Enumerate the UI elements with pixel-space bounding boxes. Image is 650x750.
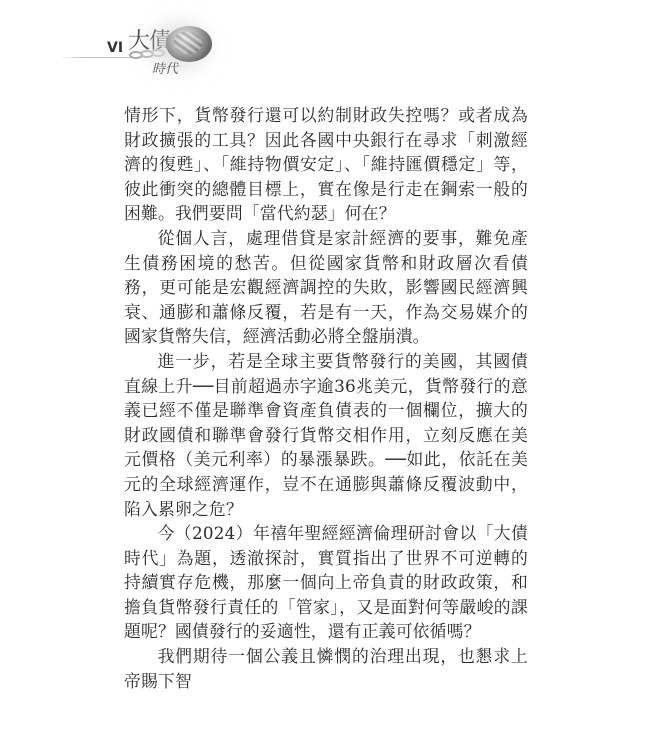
paragraph: 情形下，貨幣發行還可以約制財政失控嗎？或者成為財政擴張的工具？因此各國中央銀行在…: [124, 103, 528, 226]
paragraph: 從個人言，處理借貸是家計經濟的要事，難免產生債務困境的愁苦。但從國家貨幣和財政層…: [124, 226, 528, 349]
book-title-bottom: 時代: [152, 58, 178, 77]
page-header: VI 大債 時代: [0, 0, 650, 90]
paragraph: 進一步，若是全球主要貨幣發行的美國，其國債直線上升──目前超過赤字逾36兆美元，…: [124, 349, 528, 521]
globe-icon: [166, 26, 212, 62]
header-rule: [58, 57, 128, 58]
page-number: VI: [107, 40, 123, 56]
paragraph: 我們期待一個公義且憐憫的治理出現，也懇求上帝賜下智: [124, 644, 528, 693]
paragraph: 今（2024）年禧年聖經經濟倫理研討會以「大債時代」為題，透澈探討，實質指出了世…: [124, 521, 528, 644]
body-text: 情形下，貨幣發行還可以約制財政失控嗎？或者成為財政擴張的工具？因此各國中央銀行在…: [124, 103, 528, 693]
